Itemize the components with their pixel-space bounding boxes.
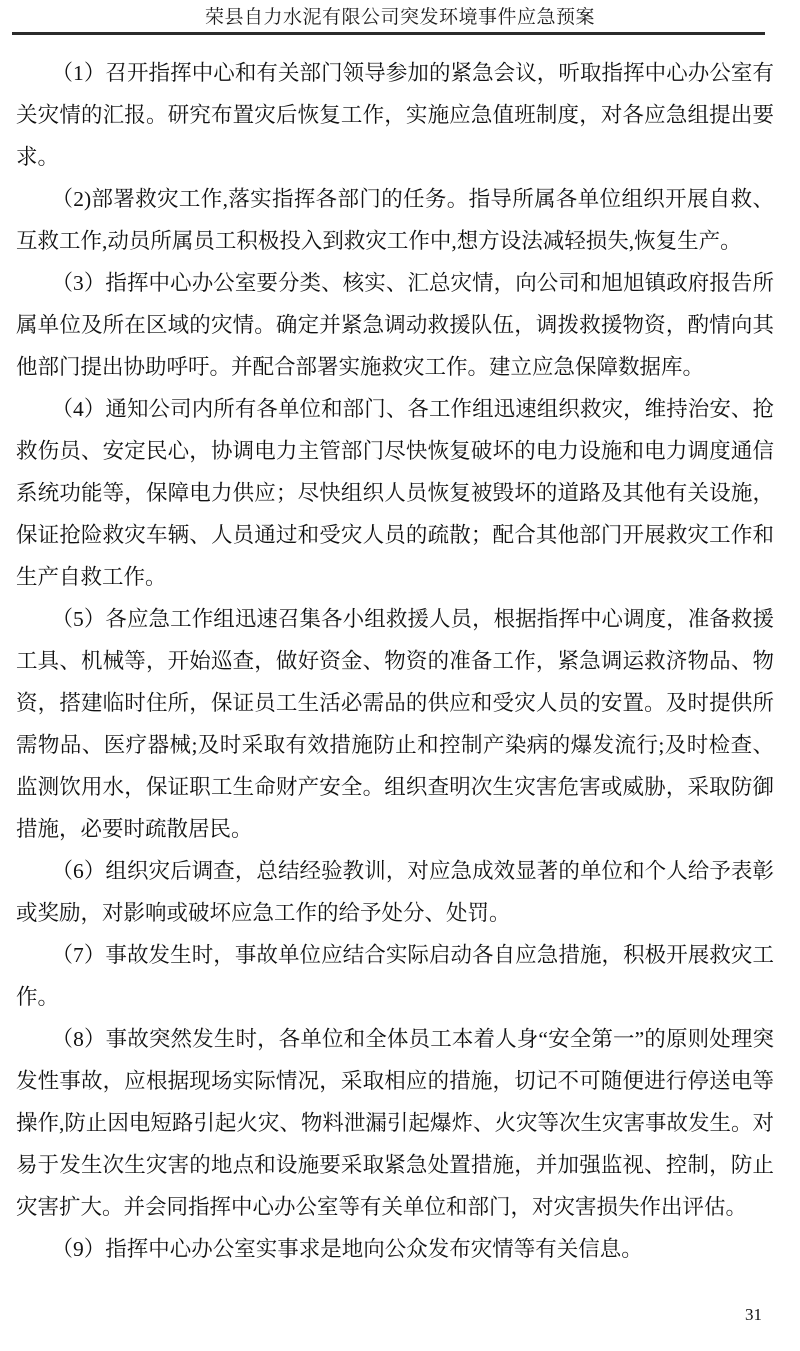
paragraph-4: （4）通知公司内所有各单位和部门、各工作组迅速组织救灾，维持治安、抢救伤员、安定… bbox=[16, 388, 774, 598]
page-header: 荣县自力水泥有限公司突发环境事件应急预案 bbox=[0, 0, 800, 35]
paragraph-2: （2)部署救灾工作,落实指挥各部门的任务。指导所属各单位组织开展自救、互救工作,… bbox=[16, 178, 774, 262]
paragraph-1: （1）召开指挥中心和有关部门领导参加的紧急会议，听取指挥中心办公室有关灾情的汇报… bbox=[16, 52, 774, 178]
paragraph-9: （9）指挥中心办公室实事求是地向公众发布灾情等有关信息。 bbox=[16, 1228, 774, 1270]
header-divider bbox=[12, 32, 765, 35]
paragraph-6: （6）组织灾后调查，总结经验教训，对应急成效显著的单位和个人给予表彰或奖励，对影… bbox=[16, 850, 774, 934]
paragraph-3: （3）指挥中心办公室要分类、核实、汇总灾情，向公司和旭旭镇政府报告所属单位及所在… bbox=[16, 262, 774, 388]
document-body: （1）召开指挥中心和有关部门领导参加的紧急会议，听取指挥中心办公室有关灾情的汇报… bbox=[16, 52, 774, 1270]
paragraph-5: （5）各应急工作组迅速召集各小组救援人员，根据指挥中心调度，准备救援工具、机械等… bbox=[16, 598, 774, 850]
page-number: 31 bbox=[745, 1305, 762, 1325]
paragraph-7: （7）事故发生时，事故单位应结合实际启动各自应急措施，积极开展救灾工作。 bbox=[16, 934, 774, 1018]
paragraph-8: （8）事故突然发生时，各单位和全体员工本着人身“安全第一”的原则处理突发性事故，… bbox=[16, 1018, 774, 1228]
document-page: 荣县自力水泥有限公司突发环境事件应急预案 （1）召开指挥中心和有关部门领导参加的… bbox=[0, 0, 800, 1351]
document-title: 荣县自力水泥有限公司突发环境事件应急预案 bbox=[0, 7, 800, 29]
